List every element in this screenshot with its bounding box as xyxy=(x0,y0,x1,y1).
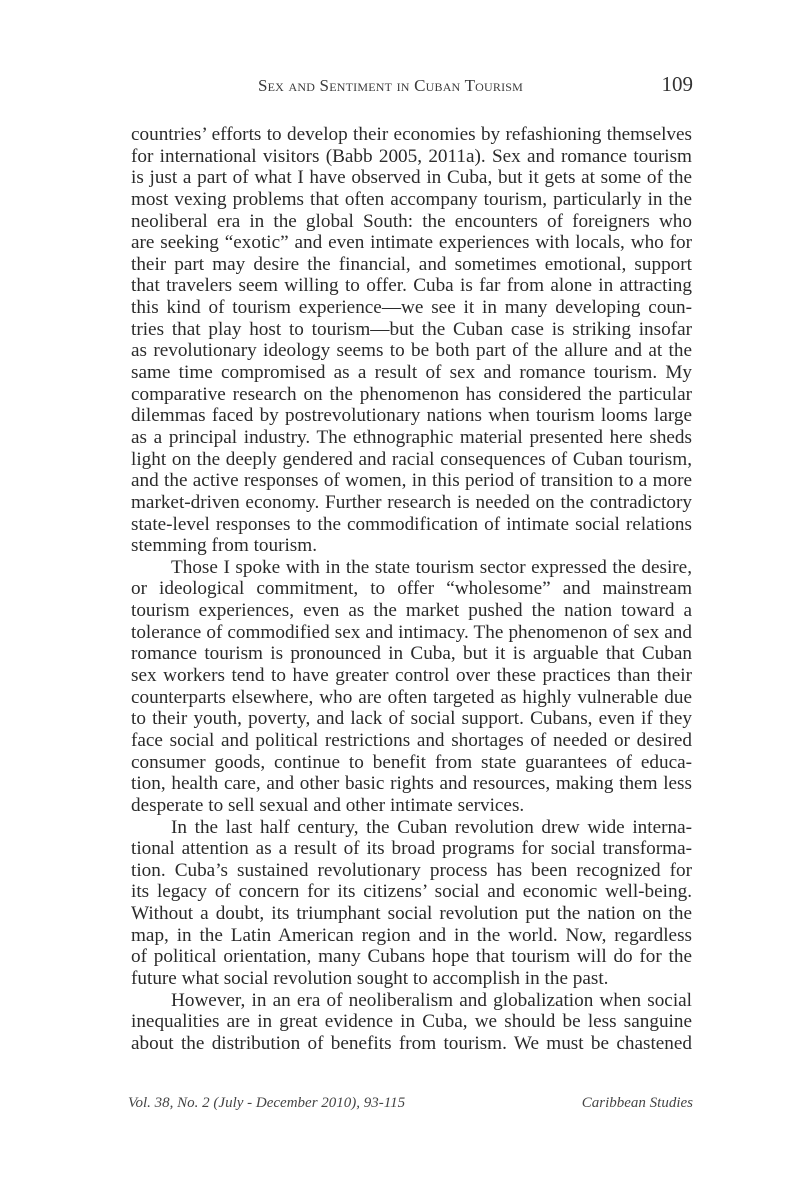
text-line: this kind of tourism experience—we see i… xyxy=(131,297,692,319)
text-line: map, in the Latin American region and in… xyxy=(131,925,692,947)
text-line: or ideological commitment, to offer “who… xyxy=(131,578,692,600)
text-line: market-driven economy. Further research … xyxy=(131,492,692,514)
text-line: about the distribution of benefits from … xyxy=(131,1033,692,1055)
text-line: of political orientation, many Cubans ho… xyxy=(131,946,692,968)
text-line: face social and political restrictions a… xyxy=(131,730,692,752)
text-line: Those I spoke with in the state tourism … xyxy=(131,557,692,579)
running-title: Sex and Sentiment in Cuban Tourism xyxy=(258,76,523,96)
running-head: Sex and Sentiment in Cuban Tourism 109 xyxy=(131,72,693,102)
text-line: for international visitors (Babb 2005, 2… xyxy=(131,146,692,168)
text-line: is just a part of what I have observed i… xyxy=(131,167,692,189)
text-line: desperate to sell sexual and other intim… xyxy=(131,795,692,817)
text-line: its legacy of concern for its citizens’ … xyxy=(131,881,692,903)
text-line: countries’ efforts to develop their econ… xyxy=(131,124,692,146)
text-line: inequalities are in great evidence in Cu… xyxy=(131,1011,692,1033)
journal-citation: Vol. 38, No. 2 (July - December 2010), 9… xyxy=(128,1095,405,1112)
paragraph-2: Those I spoke with in the state tourism … xyxy=(131,557,692,817)
text-line: are seeking “exotic” and even intimate e… xyxy=(131,232,692,254)
body-text: countries’ efforts to develop their econ… xyxy=(131,124,692,1055)
text-line: state-level responses to the commodifica… xyxy=(131,514,692,536)
paragraph-3: In the last half century, the Cuban revo… xyxy=(131,817,692,990)
paragraph-4: However, in an era of neoliberalism and … xyxy=(131,990,692,1055)
text-line: and the active responses of women, in th… xyxy=(131,470,692,492)
paragraph-1: countries’ efforts to develop their econ… xyxy=(131,124,692,557)
text-line: future what social revolution sought to … xyxy=(131,968,692,990)
text-line: tional attention as a result of its broa… xyxy=(131,838,692,860)
text-line: consumer goods, continue to benefit from… xyxy=(131,752,692,774)
text-line: tries that play host to tourism—but the … xyxy=(131,319,692,341)
text-line: sex workers tend to have greater control… xyxy=(131,665,692,687)
text-line: as revolutionary ideology seems to be bo… xyxy=(131,340,692,362)
text-line: that travelers seem willing to offer. Cu… xyxy=(131,275,692,297)
text-line: romance tourism is pronounced in Cuba, b… xyxy=(131,643,692,665)
text-line: Without a doubt, its triumphant social r… xyxy=(131,903,692,925)
text-line: stemming from tourism. xyxy=(131,535,692,557)
text-line: to their youth, poverty, and lack of soc… xyxy=(131,708,692,730)
text-line: In the last half century, the Cuban revo… xyxy=(131,817,692,839)
text-line: comparative research on the phenomenon h… xyxy=(131,384,692,406)
text-line: their part may desire the financial, and… xyxy=(131,254,692,276)
text-line: tourism experiences, even as the market … xyxy=(131,600,692,622)
text-line: However, in an era of neoliberalism and … xyxy=(131,990,692,1012)
text-line: tolerance of commodified sex and intimac… xyxy=(131,622,692,644)
journal-name: Caribbean Studies xyxy=(582,1095,693,1112)
text-line: most vexing problems that often accompan… xyxy=(131,189,692,211)
text-line: tion. Cuba’s sustained revolutionary pro… xyxy=(131,860,692,882)
page-number: 109 xyxy=(662,72,694,97)
text-line: as a principal industry. The ethnographi… xyxy=(131,427,692,449)
text-line: tion, health care, and other basic right… xyxy=(131,773,692,795)
text-line: counterparts elsewhere, who are often ta… xyxy=(131,687,692,709)
text-line: neoliberal era in the global South: the … xyxy=(131,211,692,233)
text-line: same time compromised as a result of sex… xyxy=(131,362,692,384)
text-line: dilemmas faced by postrevolutionary nati… xyxy=(131,405,692,427)
text-line: light on the deeply gendered and racial … xyxy=(131,449,692,471)
